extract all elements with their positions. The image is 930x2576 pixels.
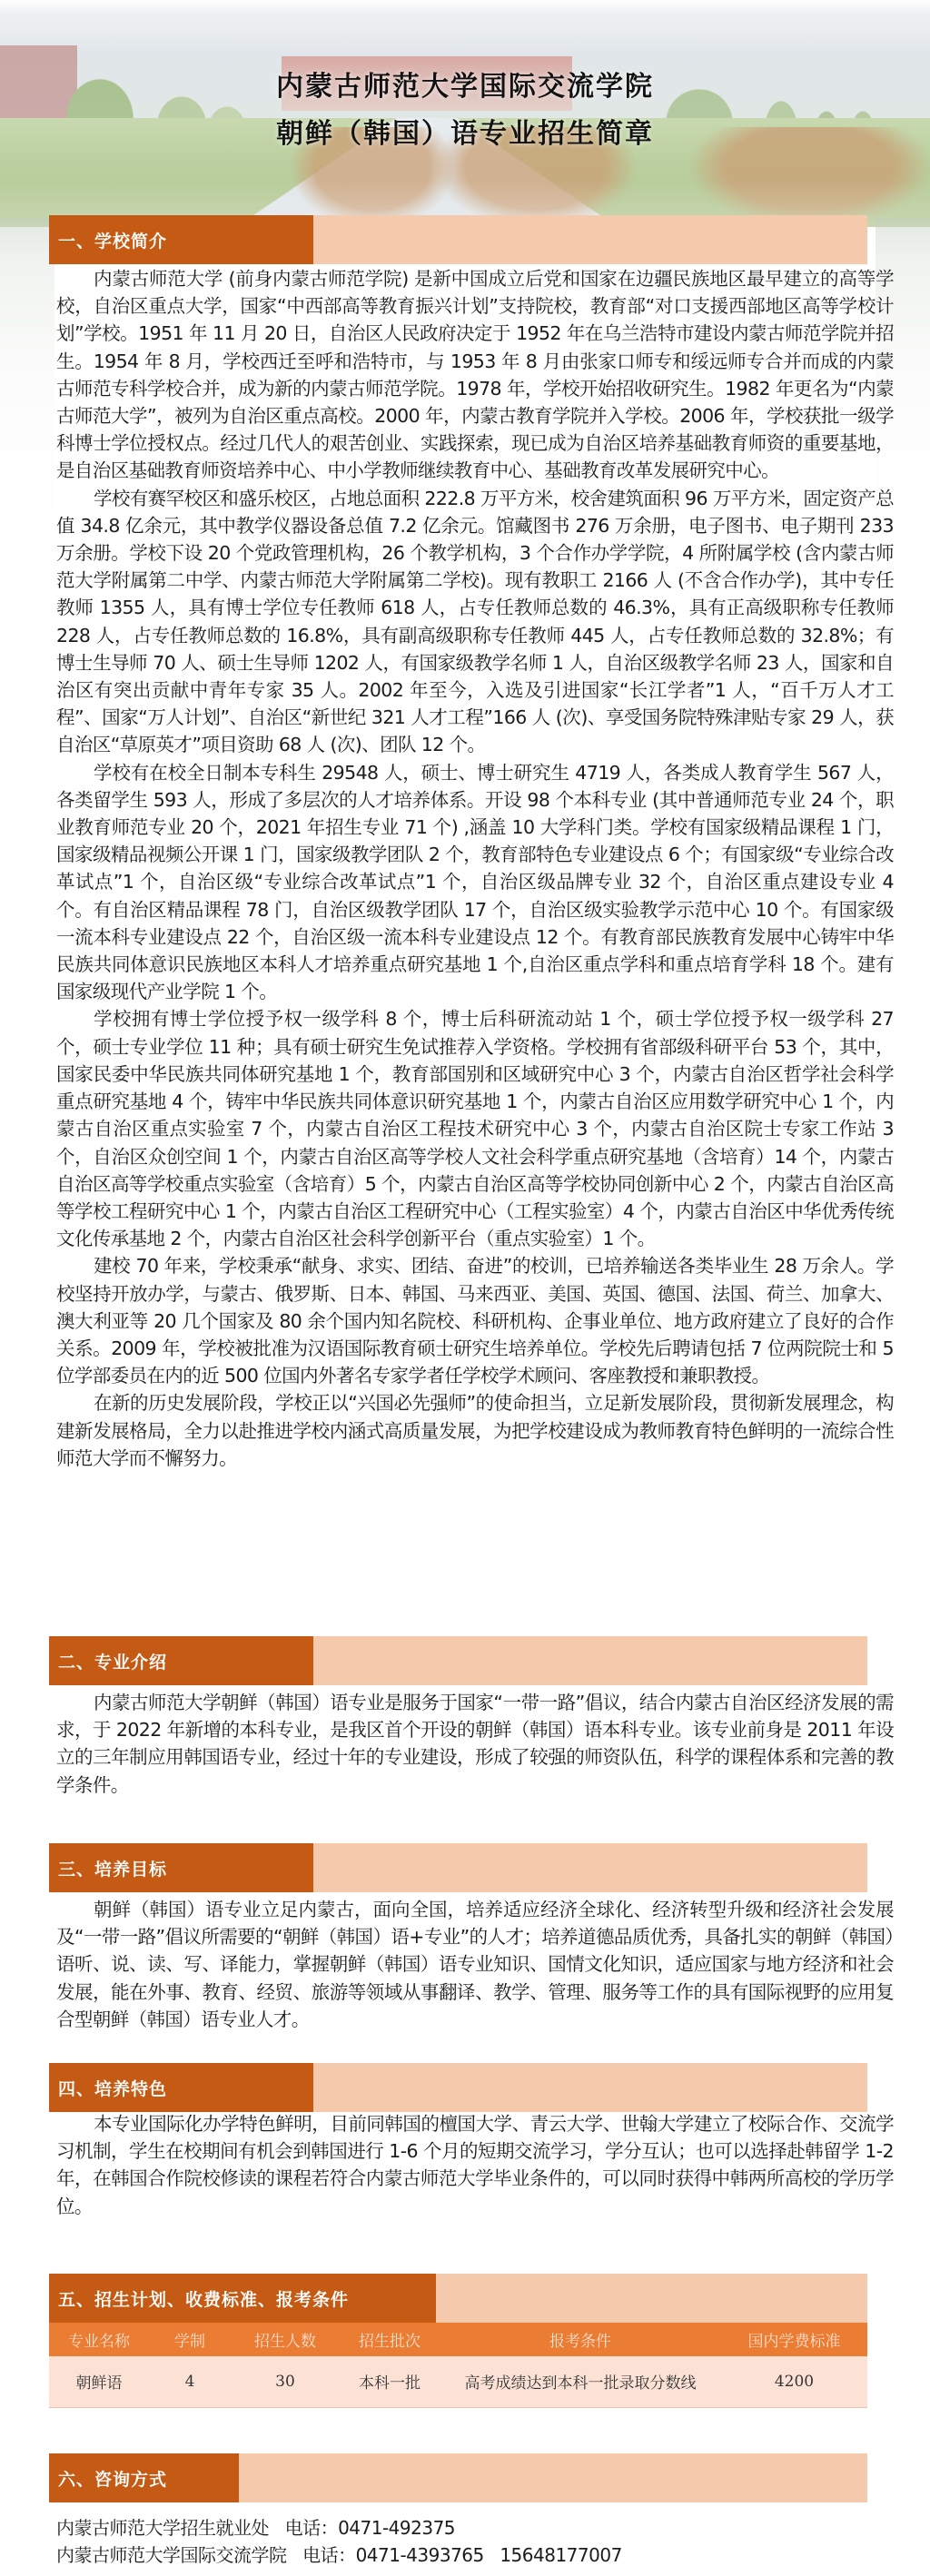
table-row: 朝鲜语 4 30 本科一批 高考成绩达到本科一批录取分数线 4200 (49, 2356, 867, 2407)
section-body-training-features: 本专业国际化办学特色鲜明，目前同韩国的檀国大学、青云大学、世翰大学建立了校际合作… (56, 2110, 894, 2220)
cell-quota: 30 (231, 2356, 340, 2407)
section-header-tab: 一、学校简介 (49, 215, 313, 264)
section-body-school-intro: 内蒙古师范大学 (前身内蒙古师范学院) 是新中国成立后党和国家在边疆民族地区最早… (56, 265, 894, 1472)
title-line-2: 朝鲜（韩国）语专业招生简章 (0, 111, 930, 158)
section-title: 三、培养目标 (58, 1856, 167, 1880)
col-header-major: 专业名称 (49, 2323, 149, 2356)
col-header-duration: 学制 (149, 2323, 231, 2356)
section-header-major-intro: 二、专业介绍 (49, 1636, 867, 1685)
cell-tuition: 4200 (721, 2356, 867, 2407)
col-header-requirements: 报考条件 (440, 2323, 721, 2356)
table-header-row: 专业名称 学制 招生人数 招生批次 报考条件 国内学费标准 (49, 2323, 867, 2356)
contact-admissions-office: 内蒙古师范大学招生就业处 电话：0471-492375 (56, 2514, 622, 2541)
section-header-tab: 四、培养特色 (49, 2063, 313, 2112)
paragraph: 内蒙古师范大学 (前身内蒙古师范学院) 是新中国成立后党和国家在边疆民族地区最早… (56, 265, 894, 485)
paragraph: 本专业国际化办学特色鲜明，目前同韩国的檀国大学、青云大学、世翰大学建立了校际合作… (56, 2110, 894, 2220)
section-header-training-goals: 三、培养目标 (49, 1843, 867, 1892)
page-title: 内蒙古师范大学国际交流学院 朝鲜（韩国）语专业招生简章 (0, 64, 930, 158)
section-body-major-intro: 内蒙古师范大学朝鲜（韩国）语专业是服务于国家“一带一路”倡议，结合内蒙古自治区经… (56, 1689, 894, 1799)
cell-major: 朝鲜语 (49, 2356, 149, 2407)
section-header-admission-plan: 五、招生计划、收费标准、报考条件 (49, 2274, 867, 2323)
section-header-training-features: 四、培养特色 (49, 2063, 867, 2112)
section-title: 一、学校简介 (58, 228, 167, 252)
contact-info: 内蒙古师范大学招生就业处 电话：0471-492375 内蒙古师范大学国际交流学… (56, 2514, 622, 2569)
section-header-tab: 二、专业介绍 (49, 1636, 313, 1685)
paragraph: 学校有赛罕校区和盛乐校区，占地总面积 222.8 万平方米，校舍建筑面积 96 … (56, 485, 894, 759)
cell-requirements: 高考成绩达到本科一批录取分数线 (440, 2356, 721, 2407)
col-header-quota: 招生人数 (231, 2323, 340, 2356)
section-title: 二、专业介绍 (58, 1649, 167, 1673)
admission-table: 专业名称 学制 招生人数 招生批次 报考条件 国内学费标准 朝鲜语 4 30 本… (49, 2323, 867, 2408)
section-title: 六、咨询方式 (58, 2466, 167, 2491)
col-header-batch: 招生批次 (340, 2323, 440, 2356)
title-line-1: 内蒙古师范大学国际交流学院 (0, 64, 930, 111)
paragraph: 学校拥有博士学位授予权一级学科 8 个，博士后科研流动站 1 个，硕士学位授予权… (56, 1005, 894, 1252)
section-body-training-goals: 朝鲜（韩国）语专业立足内蒙古，面向全国，培养适应经济全球化、经济转型升级和经济社… (56, 1896, 894, 2033)
cell-duration: 4 (149, 2356, 231, 2407)
cell-batch: 本科一批 (340, 2356, 440, 2407)
section-header-tab: 五、招生计划、收费标准、报考条件 (49, 2274, 436, 2323)
section-title: 五、招生计划、收费标准、报考条件 (58, 2286, 349, 2311)
section-header-school-intro: 一、学校简介 (49, 215, 867, 264)
contact-international-college: 内蒙古师范大学国际交流学院 电话：0471-4393765 1564817700… (56, 2541, 622, 2569)
section-title: 四、培养特色 (58, 2076, 167, 2100)
paragraph: 在新的历史发展阶段，学校正以“兴国必先强师”的使命担当，立足新发展阶段，贯彻新发… (56, 1389, 894, 1472)
paragraph: 内蒙古师范大学朝鲜（韩国）语专业是服务于国家“一带一路”倡议，结合内蒙古自治区经… (56, 1689, 894, 1799)
section-header-contact: 六、咨询方式 (49, 2453, 867, 2502)
section-header-tab: 六、咨询方式 (49, 2453, 239, 2502)
section-header-tab: 三、培养目标 (49, 1843, 313, 1892)
col-header-tuition: 国内学费标准 (721, 2323, 867, 2356)
paragraph: 学校有在校全日制本专科生 29548 人，硕士、博士研究生 4719 人，各类成… (56, 759, 894, 1006)
paragraph: 朝鲜（韩国）语专业立足内蒙古，面向全国，培养适应经济全球化、经济转型升级和经济社… (56, 1896, 894, 2033)
paragraph: 建校 70 年来，学校秉承“献身、求实、团结、奋进”的校训，已培养输送各类毕业生… (56, 1252, 894, 1389)
